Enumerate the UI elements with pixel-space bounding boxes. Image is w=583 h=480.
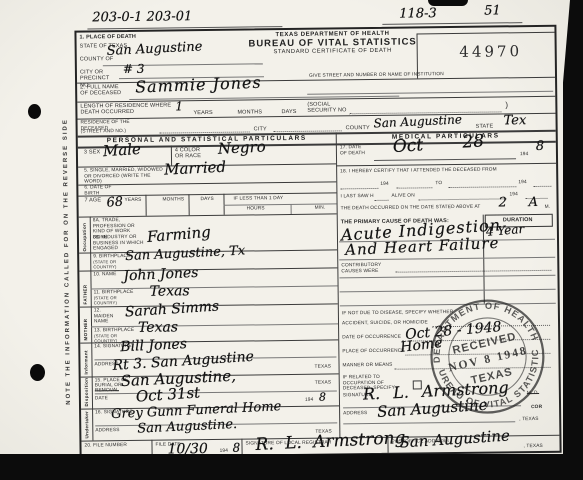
father-birthplace-sub: (STATE OR COUNTRY)	[94, 296, 124, 306]
last-saw-label: I LAST SAW H	[340, 194, 373, 200]
residence-city-label: CITY	[254, 126, 267, 133]
burial-year-prefix: 194	[305, 398, 314, 404]
months-label: MONTHS	[237, 109, 262, 116]
occupation-strip-label: Occupation	[82, 223, 87, 252]
certify-year-2: 194	[518, 180, 527, 186]
hole-punch-top	[28, 104, 41, 119]
full-name-label: 2. FULL NAME OF DECEASED	[80, 84, 126, 98]
file-number-label: 20. FILE NUMBER	[84, 443, 127, 449]
sex-value: Male	[102, 140, 141, 160]
stamp-state-text: TEXAS	[470, 366, 514, 387]
top-right-code2: 51	[484, 3, 501, 18]
mother-name-label: 12. MAIDEN NAME	[94, 308, 122, 325]
scan-edge-bottom	[0, 454, 583, 480]
burial-date-label: DATE	[95, 396, 108, 402]
ssn-label-2: SECURITY NO	[307, 107, 346, 114]
death-ampm-value: A	[528, 195, 538, 210]
years-label: YEARS	[193, 110, 212, 117]
age-years-label: YEARS	[124, 198, 141, 204]
certify-year-1: 194	[380, 182, 389, 188]
dod-year-value: 8	[536, 139, 544, 154]
age-lessday-label: IF LESS THAN 1 DAY	[233, 195, 333, 202]
burial-texas-label: TEXAS	[315, 381, 332, 387]
residence-state-label: STATE	[476, 124, 494, 131]
mother-strip-label: MOTHER	[83, 319, 88, 341]
days-label: DAYS	[281, 109, 296, 116]
industry-value: Farming	[146, 223, 211, 246]
form-title: TEXAS DEPARTMENT OF HEALTH BUREAU OF VIT…	[226, 30, 438, 56]
manner-means-label: MANNER OR MEANS	[343, 363, 393, 369]
ssn-close-paren: )	[505, 100, 508, 109]
age-hours-label: HOURS	[247, 206, 265, 212]
father-name-value: John Jones	[123, 265, 199, 285]
birthplace-sub-label: (STATE OR COUNTRY)	[93, 260, 123, 270]
length-residence-label: LENGTH OF RESIDENCE WHERE DEATH OCCURRED	[80, 102, 172, 116]
certificate-number: 44970	[432, 42, 550, 61]
informant-strip-label: Informant	[83, 350, 88, 374]
physician-texas-label: , TEXAS	[519, 417, 538, 423]
certify-statement: 18. I HEREBY CERTIFY THAT I ATTENDED THE…	[340, 167, 554, 175]
certify-to-label: TO	[435, 181, 442, 187]
contributory-label: CONTRIBUTORY CAUSES WERE	[341, 263, 391, 275]
full-name-value: Sammie Jones	[135, 73, 262, 97]
sex-label: 3 SEX	[84, 149, 100, 156]
date-of-death-label: 17. DATE OF DEATH	[340, 145, 370, 157]
last-saw-year: 194	[509, 192, 518, 198]
file-year-value: 8	[232, 441, 240, 455]
death-hour-value: 2	[498, 195, 506, 210]
postoffice-address-value: San Augustine	[399, 426, 510, 451]
undertaker-strip-label: Undertaker	[84, 411, 89, 439]
informant-signature-value: Bill Jones	[120, 336, 187, 355]
top-left-code: 203-0-1 203-01	[92, 9, 192, 25]
undertaker-address-label: ADDRESS	[95, 428, 119, 434]
registrar-texas-label: , TEXAS	[524, 444, 543, 450]
age-days-label: DAYS	[200, 197, 213, 203]
father-birthplace-value: Texas	[150, 283, 190, 299]
burial-date-value: Oct 31st	[135, 383, 200, 405]
physician-address-label: ADDRESS	[343, 411, 367, 417]
city-precinct-value: # 3	[123, 62, 145, 76]
county-value: San Augustine	[106, 39, 202, 58]
marital-value: Married	[164, 158, 227, 179]
dod-year-prefix: 194	[520, 152, 529, 158]
burial-year-value: 8	[319, 391, 326, 404]
margin-reverse-note: NOTE THE INFORMATION CALLED FOR ON THE R…	[62, 118, 72, 405]
age-value: 68	[106, 194, 124, 210]
death-m-label: M.	[545, 205, 551, 211]
place-of-death-label: 1. PLACE OF DEATH	[79, 34, 136, 41]
date-occurrence-label: DATE OF OCCURRENCE	[342, 335, 401, 341]
informant-texas-label: TEXAS	[315, 365, 332, 371]
length-residence-years-value: 1	[175, 99, 183, 113]
hole-punch-bottom	[30, 364, 45, 381]
death-occurred-label: THE DEATH OCCURRED ON THE DATE STATED AB…	[341, 205, 493, 213]
race-value: Negro	[217, 137, 266, 157]
residence-county-label: COUNTY	[346, 125, 370, 132]
residence-state-value: Tex	[503, 113, 526, 128]
disposition-strip-label: Disposition	[84, 378, 89, 407]
received-stamp: DEPARTMENT OF HEALTH BUREAU OF VITAL STA…	[415, 284, 561, 430]
document: 203-0-1 203-01 118-3 51 NOTE THE INFORMA…	[0, 0, 583, 480]
father-strip-label: FATHER	[83, 284, 88, 304]
scan-artifact-top	[428, 0, 468, 6]
registrar-signature-value: R. L. Armstrong	[255, 428, 406, 455]
mother-name-value: Sarah Simms	[124, 298, 219, 320]
scan-edge-right	[563, 0, 583, 458]
father-name-label: 10. NAME	[93, 272, 116, 278]
age-min-label: MIN.	[315, 206, 326, 212]
scanned-death-certificate: 203-0-1 203-01 118-3 51 NOTE THE INFORMA…	[0, 0, 583, 480]
residence-county-value: San Augustine	[373, 112, 462, 130]
age-months-label: MONTHS	[162, 197, 184, 203]
age-label: 7 AGE	[84, 197, 101, 204]
alive-on-label: ALIVE ON	[391, 193, 414, 199]
undertaker-address-value: San Augustine.	[137, 417, 237, 437]
mother-birthplace-value: Texas	[138, 319, 178, 335]
top-right-code: 118-3	[399, 6, 437, 21]
place-occurrence-label: PLACE OF OCCURRENCE	[342, 349, 404, 355]
